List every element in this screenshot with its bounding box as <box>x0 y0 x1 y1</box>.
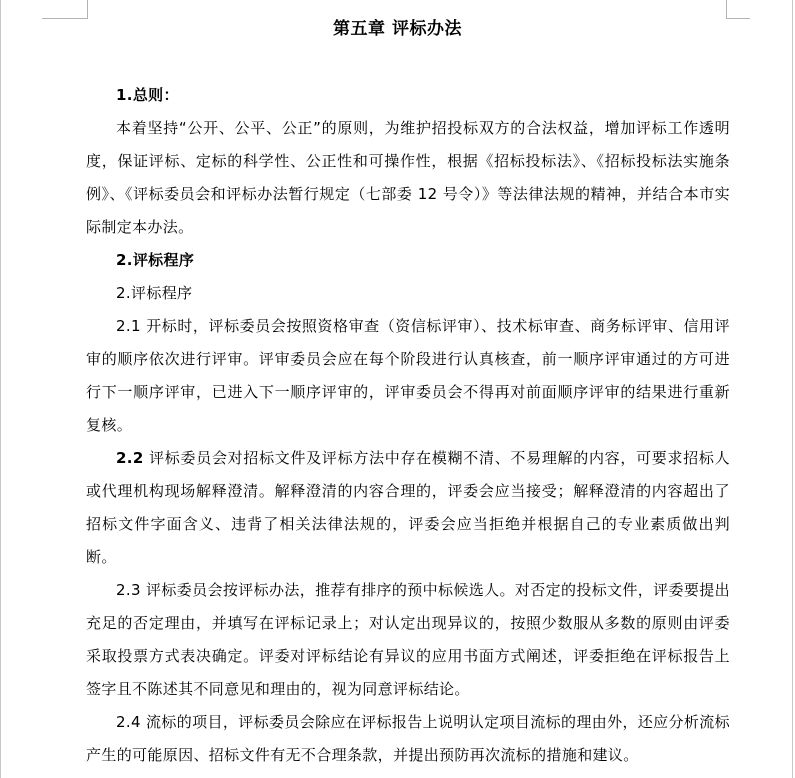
clause-text: 流标的项目，评标委员会除应在评标报告上说明认定项目流标的理由外，还应分析流标产生… <box>86 713 730 764</box>
chapter-title: 第五章 评标办法 <box>0 17 795 41</box>
document-page: 第五章 评标办法 1.总则： 本着坚持“公开、公平、公正”的原则，为维护招投标双… <box>0 0 795 778</box>
clause-text: 评标委员会按评标办法，推荐有排序的预中标候选人。对否定的投标文件，评委要提出充足… <box>86 581 730 698</box>
clause-2-4: 2.4 流标的项目，评标委员会除应在评标报告上说明认定项目流标的理由外，还应分析… <box>86 706 730 772</box>
general-principles-paragraph: 本着坚持“公开、公平、公正”的原则，为维护招投标双方的合法权益，增加评标工作透明… <box>86 112 730 244</box>
section-heading-procedure: 2.评标程序 <box>86 244 730 277</box>
clause-2-2: 2.2 评标委员会对招标文件及评标方法中存在模糊不清、不易理解的内容，可要求招标… <box>86 442 730 574</box>
clause-number: 2.1 <box>116 317 141 335</box>
page-right-edge <box>792 0 793 778</box>
clause-2-1: 2.1 开标时，评标委员会按照资格审查（资信标评审）、技术标审查、商务标评审、信… <box>86 310 730 442</box>
section-subheading-procedure: 2.评标程序 <box>86 277 730 310</box>
clause-number: 2.4 <box>116 713 141 731</box>
clause-text: 开标时，评标委员会按照资格审查（资信标评审）、技术标审查、商务标评审、信用评审的… <box>86 317 730 434</box>
clause-number: 2.3 <box>116 581 141 599</box>
clause-number: 2.2 <box>116 449 144 467</box>
page-left-edge <box>0 0 1 778</box>
clause-text: 评标委员会对招标文件及评标方法中存在模糊不清、不易理解的内容，可要求招标人或代理… <box>86 449 730 566</box>
section-heading-general: 1.总则： <box>86 79 730 112</box>
clause-2-3: 2.3 评标委员会按评标办法，推荐有排序的预中标候选人。对否定的投标文件，评委要… <box>86 574 730 706</box>
document-body: 1.总则： 本着坚持“公开、公平、公正”的原则，为维护招投标双方的合法权益，增加… <box>86 79 730 772</box>
